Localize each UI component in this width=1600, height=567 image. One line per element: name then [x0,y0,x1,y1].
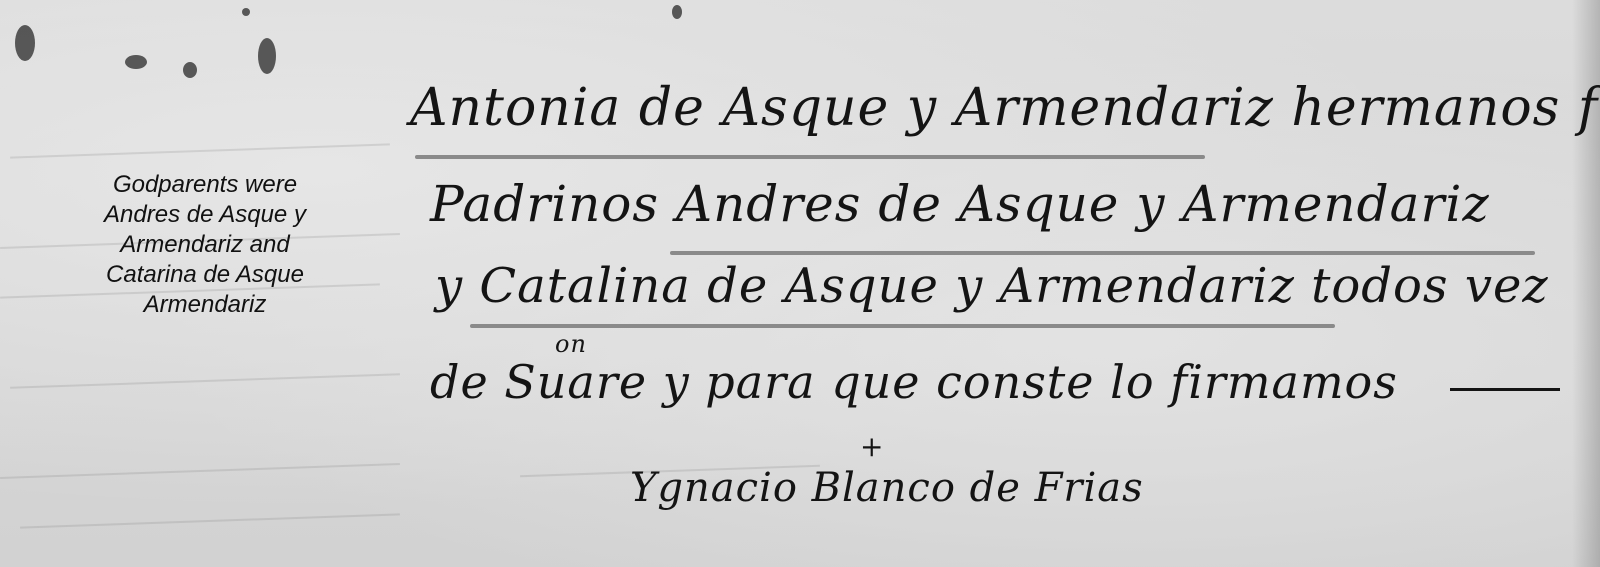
ink-stain [258,38,276,74]
document-scan: Antonia de Asque y Armendariz hermanos f… [0,0,1600,567]
interlinear-insertion: on [555,330,587,358]
handwriting-line-1: Antonia de Asque y Armendariz hermanos f… [410,78,1600,138]
ink-stain [672,5,682,19]
annotation-line: Andres de Asque y [40,200,370,230]
annotation-line: Catarina de Asque [40,260,370,290]
ink-stain [125,55,147,69]
handwriting-line-4: de Suare y para que conste lo firmamos [430,355,1398,409]
bleed-through-line [10,373,400,389]
bleed-through-line [0,463,400,479]
highlight-underline-3 [470,324,1335,328]
annotation-line: Armendariz [40,290,370,320]
annotation-line: Armendariz and [40,230,370,260]
handwriting-line-3: y Catalina de Asque y Armendariz todos v… [435,258,1549,314]
annotation-line: Godparents were [40,170,370,200]
ink-stain [183,62,197,78]
highlight-underline-2 [670,251,1535,255]
cross-mark: + [860,430,884,463]
closing-flourish-line [1450,388,1560,391]
bleed-through-line [20,513,400,528]
ink-stain [242,8,250,16]
signature: Ygnacio Blanco de Frias [630,465,1144,511]
ink-stain [15,25,35,61]
annotation-box: Godparents were Andres de Asque y Armend… [40,170,370,320]
handwriting-line-2: Padrinos Andres de Asque y Armendariz [430,175,1490,233]
highlight-underline-1 [415,155,1205,159]
bleed-through-line [10,143,390,158]
